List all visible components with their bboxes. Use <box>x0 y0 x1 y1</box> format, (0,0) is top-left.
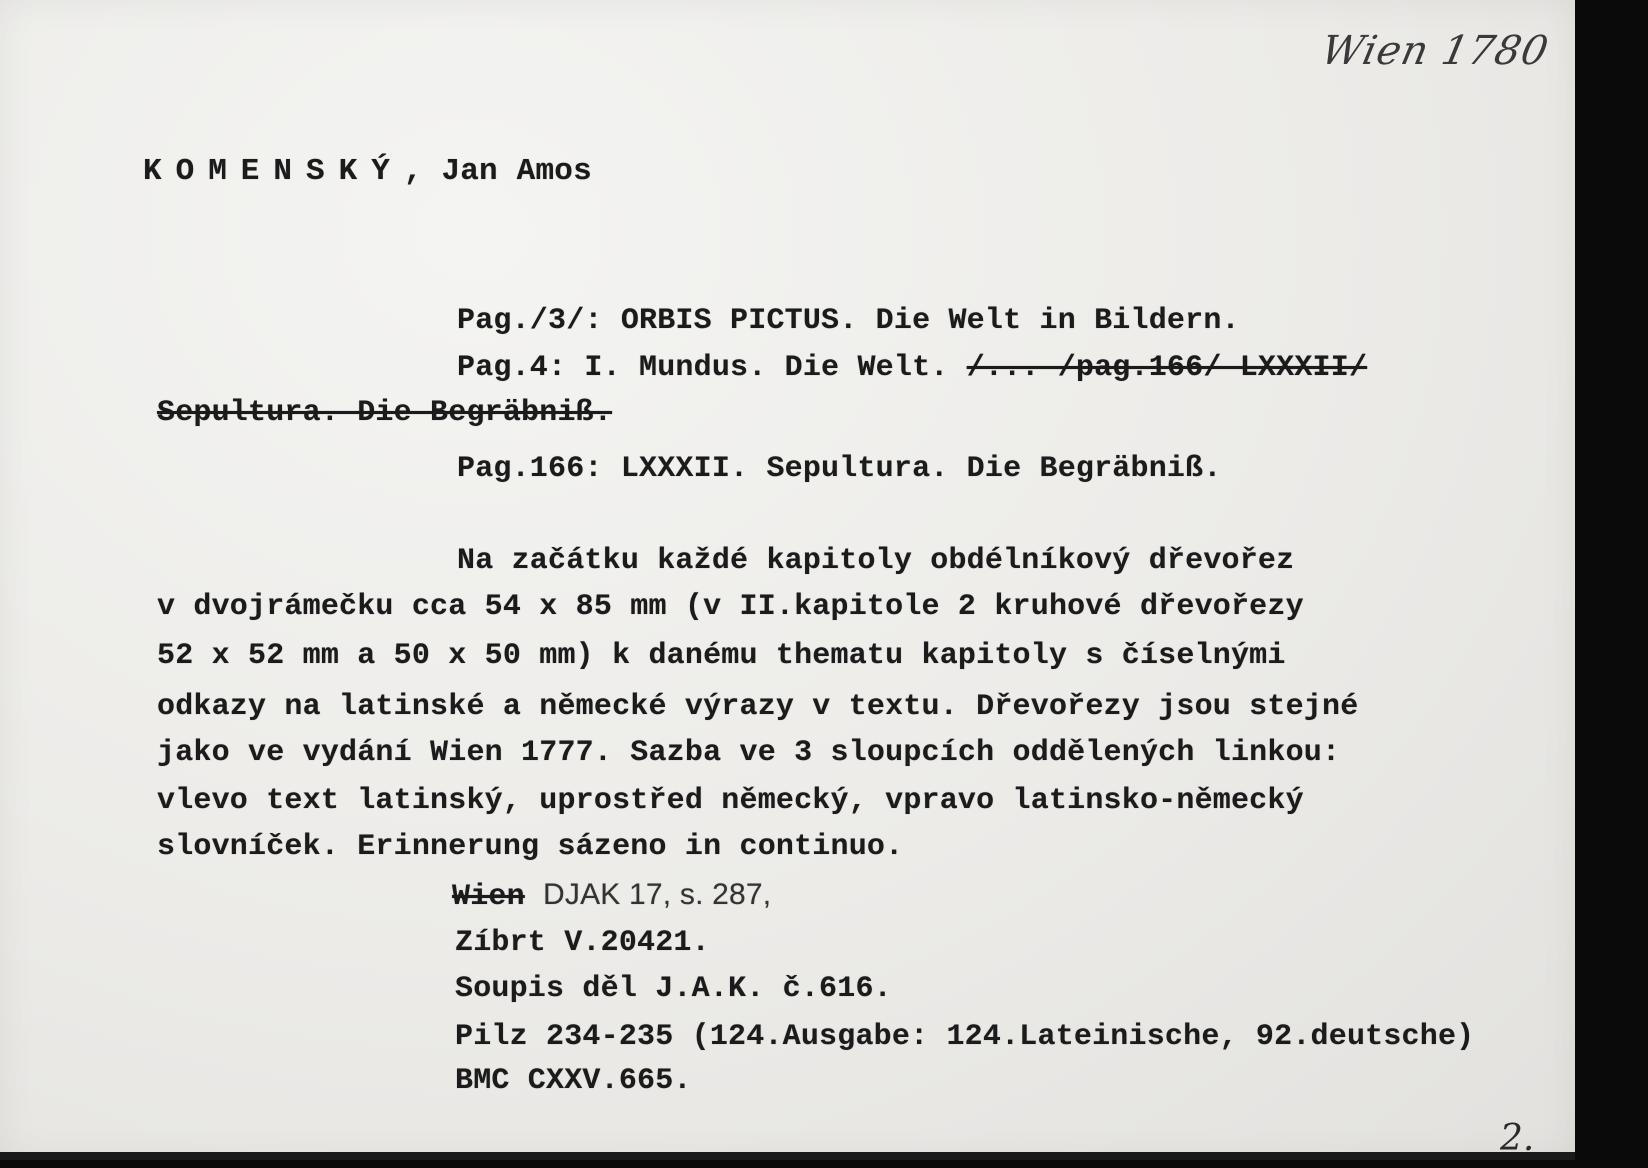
heading-separator: , <box>404 154 423 189</box>
author-given-names: Jan Amos <box>441 154 591 189</box>
handwritten-place-date: Wien 1780 <box>1317 28 1553 74</box>
struck-contents-line: Sepultura. Die Begräbniß. <box>157 398 612 428</box>
reference-line-2: Zíbrt V.20421. <box>455 928 710 958</box>
reference-line-1: Wien DJAK 17, s. 287, <box>452 880 771 912</box>
contents-line-3: Pag.166: LXXXII. Sepultura. Die Begräbni… <box>457 454 1222 484</box>
description-line-6: vlevo text latinský, uprostřed německý, … <box>157 786 1304 816</box>
description-line-7: slovníček. Erinnerung sázeno in continuo… <box>157 832 903 862</box>
reference-line-3: Soupis děl J.A.K. č.616. <box>455 974 892 1004</box>
card-page-number: 2. <box>1500 1118 1534 1159</box>
contents-line-2-text: Pag.4: I. Mundus. Die Welt. <box>457 351 948 385</box>
description-line-1: Na začátku každé kapitoly obdélníkový dř… <box>457 546 1294 576</box>
reference-line-5: BMC CXXV.665. <box>455 1066 692 1096</box>
reference-djak: DJAK 17, s. 287, <box>543 878 771 911</box>
reference-line-4: Pilz 234-235 (124.Ausgabe: 124.Lateinisc… <box>455 1022 1474 1052</box>
description-line-3: 52 x 52 mm a 50 x 50 mm) k danému themat… <box>157 641 1286 671</box>
description-line-5: jako ve vydání Wien 1777. Sazba ve 3 slo… <box>157 738 1340 768</box>
catalog-card: Wien 1780 KOMENSKÝ, Jan Amos Pag./3/: OR… <box>0 0 1575 1160</box>
description-line-4: odkazy na latinské a německé výrazy v te… <box>157 692 1358 722</box>
struck-prefix: Wien <box>452 880 525 914</box>
contents-line-2: Pag.4: I. Mundus. Die Welt. /... /pag.16… <box>457 353 1367 383</box>
struck-text: /... /pag.166/ LXXXII/ <box>967 351 1367 385</box>
description-line-2: v dvojrámečku cca 54 x 85 mm (v II.kapit… <box>157 592 1304 622</box>
contents-line-1: Pag./3/: ORBIS PICTUS. Die Welt in Bilde… <box>457 306 1240 336</box>
author-heading: KOMENSKÝ, Jan Amos <box>143 156 592 187</box>
author-surname: KOMENSKÝ <box>143 154 404 189</box>
